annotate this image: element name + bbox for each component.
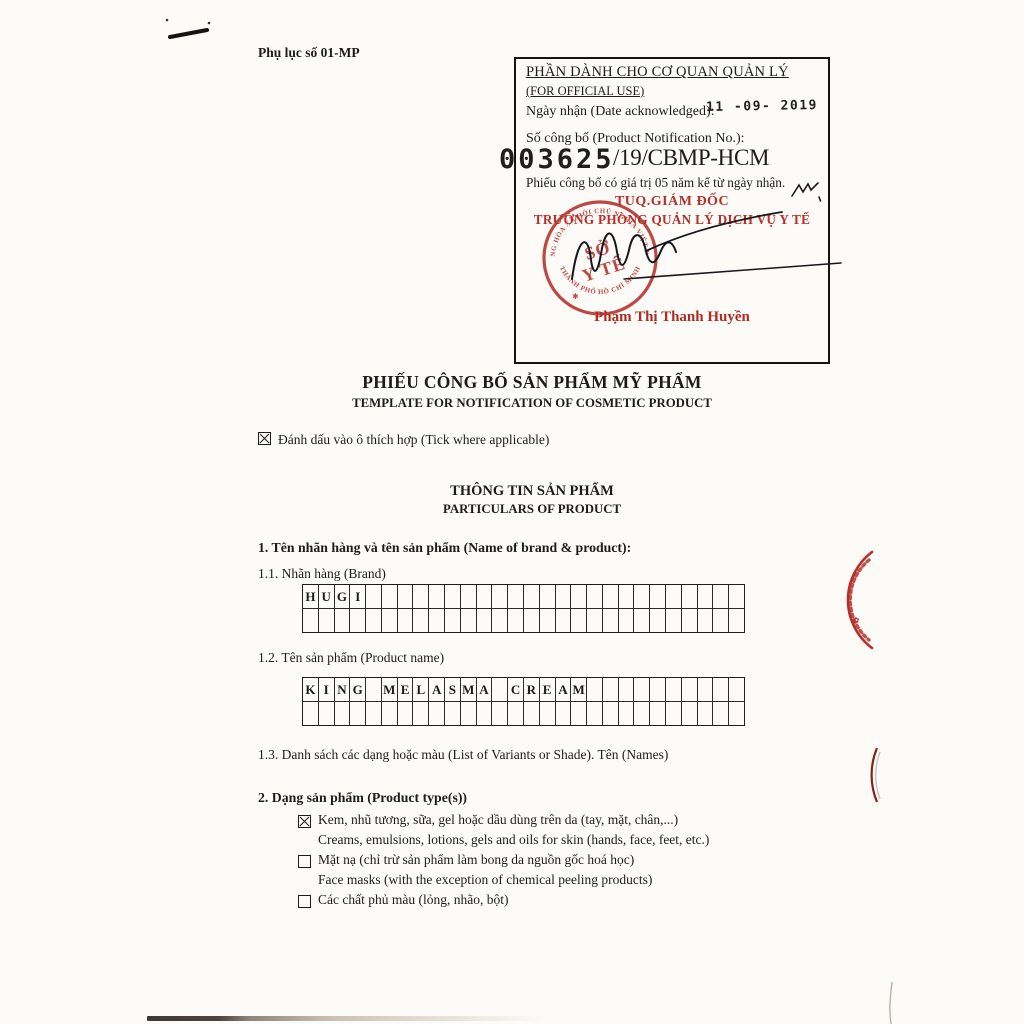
grid-cell — [697, 609, 713, 632]
grid-cell — [697, 678, 713, 701]
grid-row: KINGMELASMACREAM — [303, 678, 744, 701]
grid-cell: A — [428, 678, 444, 701]
grid-cell: I — [318, 678, 334, 701]
grid-cell — [712, 609, 728, 632]
grid-cell — [618, 585, 634, 608]
grid-cell — [712, 702, 728, 725]
tick-note: Đánh dấu vào ô thích hợp (Tick where app… — [258, 431, 549, 448]
grid-cell: M — [381, 678, 397, 701]
grid-cell: A — [476, 678, 492, 701]
grid-cell — [491, 702, 507, 725]
document-title-en: TEMPLATE FOR NOTIFICATION OF COSMETIC PR… — [242, 396, 822, 411]
edge-stamp-arc-lower — [872, 748, 880, 802]
grid-cell — [649, 702, 665, 725]
option-label-vi: Mặt nạ (chỉ trừ sản phẩm làm bong da ngu… — [318, 850, 634, 870]
grid-cell: A — [555, 678, 571, 701]
grid-cell: M — [570, 678, 586, 701]
grid-cell — [412, 585, 428, 608]
grid-cell — [460, 702, 476, 725]
grid-cell — [633, 678, 649, 701]
date-acknowledged-label: Ngày nhận (Date acknowledged): — [526, 104, 715, 120]
grid-cell — [649, 585, 665, 608]
grid-cell — [491, 585, 507, 608]
grid-cell — [728, 678, 744, 701]
grid-cell — [444, 585, 460, 608]
grid-cell — [681, 678, 697, 701]
grid-cell — [665, 585, 681, 608]
grid-cell — [365, 609, 381, 632]
particulars-heading: THÔNG TIN SẢN PHẨM PARTICULARS OF PRODUC… — [242, 483, 822, 517]
grid-cell — [412, 609, 428, 632]
pen-mark — [166, 19, 211, 37]
grid-cell — [602, 609, 618, 632]
document-title-vi: PHIẾU CÔNG BỐ SẢN PHẨM MỸ PHẨM — [242, 372, 822, 393]
particulars-heading-en: PARTICULARS OF PRODUCT — [242, 502, 822, 517]
grid-cell — [602, 702, 618, 725]
appendix-label: Phụ lục số 01-MP — [258, 45, 360, 61]
grid-cell — [349, 702, 365, 725]
grid-cell — [728, 702, 744, 725]
grid-cell — [476, 609, 492, 632]
product-type-option: Các chất phủ màu (lỏng, nhão, bột) — [298, 890, 778, 910]
grid-cell — [303, 702, 318, 725]
grid-cell — [633, 585, 649, 608]
particulars-heading-vi: THÔNG TIN SẢN PHẨM — [242, 483, 822, 500]
grid-cell — [633, 702, 649, 725]
section1-heading: 1. Tên nhãn hàng và tên sản phẩm (Name o… — [258, 540, 631, 556]
brand-label: 1.1. Nhãn hàng (Brand) — [258, 566, 386, 582]
official-use-box: PHẦN DÀNH CHO CƠ QUAN QUẢN LÝ (FOR OFFIC… — [514, 57, 830, 364]
grid-cell — [586, 678, 602, 701]
option-label-en: Face masks (with the exception of chemic… — [298, 870, 778, 890]
product-type-option: Kem, nhũ tương, sữa, gel hoặc dầu dùng t… — [298, 810, 778, 830]
grid-row: HUGI — [303, 585, 744, 608]
grid-cell — [397, 585, 413, 608]
grid-cell — [602, 678, 618, 701]
official-box-title-vi: PHẦN DÀNH CHO CƠ QUAN QUẢN LÝ — [526, 64, 789, 81]
unchecked-checkbox-icon — [298, 855, 311, 868]
grid-cell — [381, 609, 397, 632]
grid-cell — [712, 678, 728, 701]
grid-cell — [460, 585, 476, 608]
grid-cell — [697, 702, 713, 725]
grid-cell: L — [412, 678, 428, 701]
document-title: PHIẾU CÔNG BỐ SẢN PHẨM MỸ PHẨM TEMPLATE … — [242, 372, 822, 411]
option-label-vi: Các chất phủ màu (lỏng, nhão, bột) — [318, 890, 508, 910]
grid-cell — [412, 702, 428, 725]
grid-cell: E — [539, 678, 555, 701]
grid-cell: U — [318, 585, 334, 608]
product-type-option: Mặt nạ (chỉ trừ sản phẩm làm bong da ngu… — [298, 850, 778, 870]
grid-cell — [444, 609, 460, 632]
grid-cell — [303, 609, 318, 632]
grid-cell — [570, 609, 586, 632]
grid-cell — [649, 678, 665, 701]
grid-cell — [555, 702, 571, 725]
grid-cell — [334, 609, 350, 632]
grid-cell — [365, 678, 381, 701]
brand-letter-grid: HUGI — [302, 584, 745, 633]
grid-cell — [570, 585, 586, 608]
grid-cell — [712, 585, 728, 608]
grid-row — [303, 701, 744, 725]
product-type-options: Kem, nhũ tương, sữa, gel hoặc dầu dùng t… — [298, 810, 778, 910]
grid-cell — [428, 702, 444, 725]
grid-cell — [428, 609, 444, 632]
grid-cell — [523, 609, 539, 632]
grid-cell — [665, 702, 681, 725]
grid-cell — [507, 609, 523, 632]
grid-cell: M — [460, 678, 476, 701]
grid-cell — [665, 609, 681, 632]
grid-cell — [539, 585, 555, 608]
grid-cell — [491, 678, 507, 701]
grid-cell — [397, 702, 413, 725]
grid-cell: N — [334, 678, 350, 701]
grid-cell — [507, 585, 523, 608]
grid-cell — [570, 702, 586, 725]
grid-cell — [491, 609, 507, 632]
grid-cell — [365, 702, 381, 725]
product-name-label: 1.2. Tên sản phẩm (Product name) — [258, 650, 444, 666]
notification-number-suffix: /19/CBMP-HCM — [613, 145, 769, 171]
edge-stamp-arc-upper: ✿ — [848, 552, 872, 648]
grid-cell: H — [303, 585, 318, 608]
grid-cell: S — [444, 678, 460, 701]
grid-cell — [318, 702, 334, 725]
grid-cell — [586, 585, 602, 608]
grid-cell — [460, 609, 476, 632]
grid-cell — [476, 585, 492, 608]
grid-cell — [555, 585, 571, 608]
tick-note-text: Đánh dấu vào ô thích hợp (Tick where app… — [278, 432, 549, 447]
grid-cell — [444, 702, 460, 725]
grid-cell — [539, 702, 555, 725]
grid-cell — [633, 609, 649, 632]
grid-cell — [555, 609, 571, 632]
grid-cell — [728, 585, 744, 608]
grid-cell: G — [349, 678, 365, 701]
checked-checkbox-icon — [298, 815, 311, 828]
grid-cell — [681, 585, 697, 608]
grid-cell — [618, 678, 634, 701]
grid-cell — [523, 585, 539, 608]
option-label-vi: Kem, nhũ tương, sữa, gel hoặc dầu dùng t… — [318, 810, 678, 830]
section2-heading: 2. Dạng sản phẩm (Product type(s)) — [258, 790, 467, 806]
grid-row — [303, 608, 744, 632]
grid-cell — [428, 585, 444, 608]
unchecked-checkbox-icon — [298, 895, 311, 908]
option-label-en: Creams, emulsions, lotions, gels and oil… — [298, 830, 778, 850]
page-edge-shadow — [147, 1016, 542, 1021]
grid-cell — [539, 609, 555, 632]
grid-cell — [618, 609, 634, 632]
date-stamp: 11 -09- 2019 — [706, 98, 818, 115]
signer-name: Phạm Thị Thanh Huyền — [516, 309, 828, 326]
grid-cell — [681, 609, 697, 632]
grid-cell — [318, 609, 334, 632]
grid-cell — [665, 678, 681, 701]
grid-cell — [381, 702, 397, 725]
grid-cell: G — [334, 585, 350, 608]
grid-cell — [586, 702, 602, 725]
grid-cell — [476, 702, 492, 725]
grid-cell — [586, 609, 602, 632]
signer-title-2: TRƯỞNG PHÒNG QUẢN LÝ DỊCH VỤ Y TẾ — [516, 212, 828, 228]
grid-cell — [397, 609, 413, 632]
grid-cell — [697, 585, 713, 608]
official-box-title-en: (FOR OFFICIAL USE) — [526, 84, 644, 99]
grid-cell — [681, 702, 697, 725]
grid-cell: I — [349, 585, 365, 608]
grid-cell: C — [507, 678, 523, 701]
grid-cell: K — [303, 678, 318, 701]
grid-cell — [523, 702, 539, 725]
grid-cell — [649, 609, 665, 632]
grid-cell — [618, 702, 634, 725]
grid-cell — [507, 702, 523, 725]
grid-cell — [381, 585, 397, 608]
checked-checkbox-icon — [258, 432, 271, 445]
edge-stamp-flower-icon: ✿ — [851, 616, 861, 625]
grid-cell — [349, 609, 365, 632]
grid-cell — [334, 702, 350, 725]
validity-note: Phiếu công bố có giá trị 05 năm kể từ ng… — [526, 175, 785, 191]
grid-cell — [365, 585, 381, 608]
product-letter-grid: KINGMELASMACREAM — [302, 677, 745, 726]
signer-title-1: TUQ.GIÁM ĐỐC — [516, 194, 828, 210]
grid-cell — [602, 585, 618, 608]
variants-label: 1.3. Danh sách các dạng hoặc màu (List o… — [258, 747, 668, 763]
grid-cell: E — [397, 678, 413, 701]
page-crease — [890, 982, 892, 1024]
notification-number-stamp: 003625 — [499, 144, 615, 175]
grid-cell — [728, 609, 744, 632]
grid-cell: R — [523, 678, 539, 701]
